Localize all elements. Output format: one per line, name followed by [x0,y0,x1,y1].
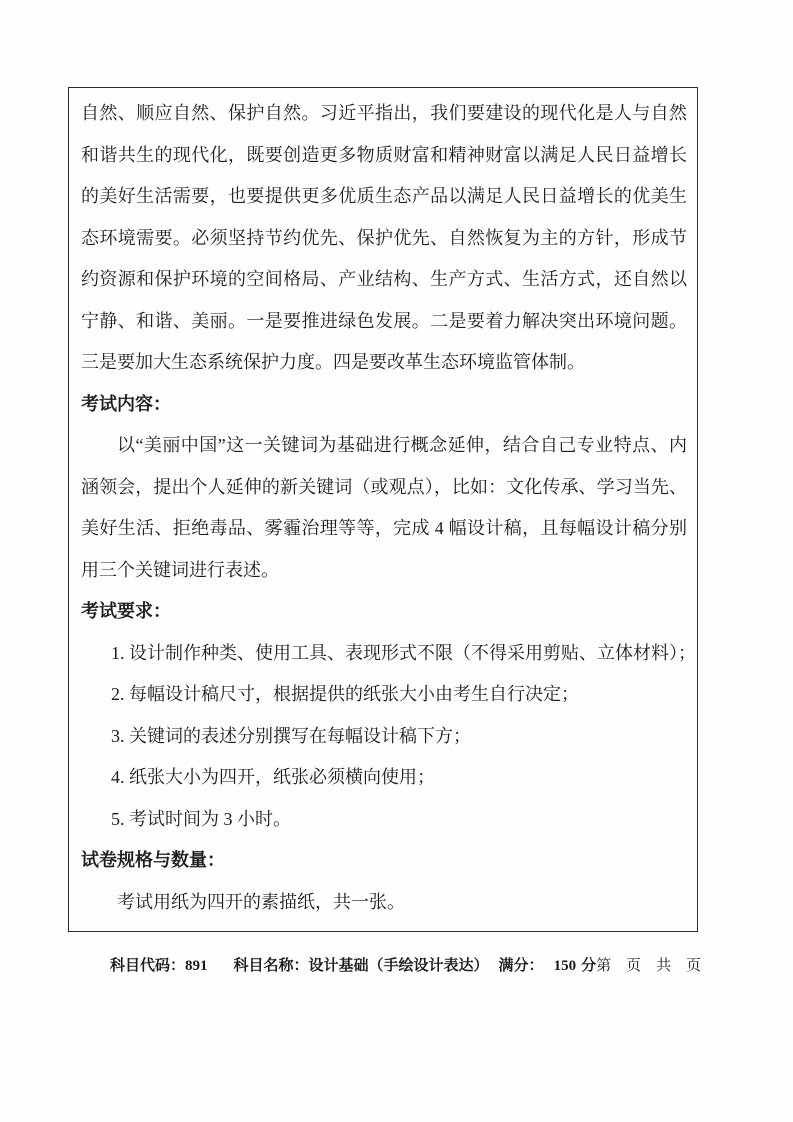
subject-code-value: 891 [185,958,208,974]
continuation-paragraph: 自然、顺应自然、保护自然。习近平指出，我们要建设的现代化是人与自然和谐共生的现代… [81,93,687,384]
full-score-value: 150 [554,958,577,974]
exam-content-box: 自然、顺应自然、保护自然。习近平指出，我们要建设的现代化是人与自然和谐共生的现代… [68,87,698,932]
requirements-list: 1. 设计制作种类、使用工具、表现形式不限（不得采用剪贴、立体材料）； 2. 每… [81,633,687,841]
subject-code-label: 科目代码： [110,958,185,974]
section-heading-exam-requirements: 考试要求： [81,591,687,633]
subject-name-value: 设计基础（手绘设计表达） [309,958,489,974]
footer-line: 科目代码：891科目名称：设计基础（手绘设计表达）满分：150分第 页 共 页 [110,955,730,977]
requirement-item-5: 5. 考试时间为 3 小时。 [111,799,687,841]
full-score-label: 满分： [499,958,544,974]
subject-name-label: 科目名称： [234,958,309,974]
requirement-item-3: 3. 关键词的表述分别撰写在每幅设计稿下方； [111,716,687,758]
requirement-item-2: 2. 每幅设计稿尺寸，根据提供的纸张大小由考生自行决定； [111,674,687,716]
requirement-item-1: 1. 设计制作种类、使用工具、表现形式不限（不得采用剪贴、立体材料）； [111,633,687,675]
page-counter: 第 页 共 页 [596,958,701,974]
exam-paper-page: 自然、顺应自然、保护自然。习近平指出，我们要建设的现代化是人与自然和谐共生的现代… [0,0,793,1122]
paper-spec-paragraph: 考试用纸为四开的素描纸，共一张。 [81,882,687,924]
section-heading-exam-content: 考试内容： [81,384,687,426]
full-score-unit: 分 [581,958,596,974]
exam-content-paragraph: 以“美丽中国”这一关键词为基础进行概念延伸，结合自己专业特点、内涵领会，提出个人… [81,425,687,591]
requirement-item-4: 4. 纸张大小为四开，纸张必须横向使用； [111,757,687,799]
section-heading-paper-spec: 试卷规格与数量： [81,840,687,882]
